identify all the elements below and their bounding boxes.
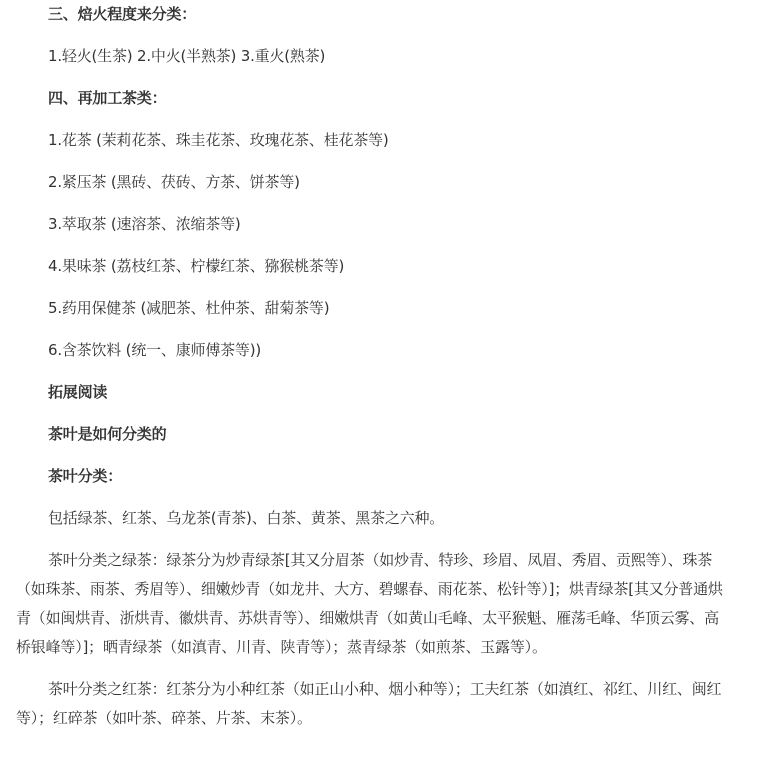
list-item: 4.果味茶 (荔枝红茶、柠檬红茶、猕猴桃茶等) — [16, 252, 728, 294]
green-tea-paragraph: 茶叶分类之绿茶：绿茶分为炒青绿茶[其又分眉茶（如炒青、特珍、珍眉、凤眉、秀眉、贡… — [16, 546, 728, 662]
heading-extended-reading: 拓展阅读 — [16, 378, 728, 420]
roast-items: 1.轻火(生茶) 2.中火(半熟茶) 3.重火(熟茶) — [16, 42, 728, 84]
intro-paragraph: 包括绿茶、红茶、乌龙茶(青茶)、白茶、黄茶、黑茶之六种。 — [16, 504, 728, 546]
black-tea-paragraph: 茶叶分类之红茶：红茶分为小种红茶（如正山小种、烟小种等）；工夫红茶（如滇红、祁红… — [16, 675, 728, 733]
article-body: 三、焙火程度来分类： 1.轻火(生茶) 2.中火(半熟茶) 3.重火(熟茶) 四… — [16, 0, 728, 746]
list-item: 3.萃取茶 (速溶茶、浓缩茶等) — [16, 210, 728, 252]
list-item: 2.紧压茶 (黑砖、茯砖、方茶、饼茶等) — [16, 168, 728, 210]
list-item: 5.药用保健茶 (减肥茶、杜仲茶、甜菊茶等) — [16, 294, 728, 336]
list-item: 6.含茶饮料 (统一、康师傅茶等)) — [16, 336, 728, 378]
heading-reprocessed-tea: 四、再加工茶类： — [16, 84, 728, 126]
heading-how-tea-classified: 茶叶是如何分类的 — [16, 420, 728, 462]
heading-tea-classification: 茶叶分类： — [16, 462, 728, 504]
list-item: 1.花茶 (茉莉花茶、珠圭花茶、玫瑰花茶、桂花茶等) — [16, 126, 728, 168]
heading-roast-classification: 三、焙火程度来分类： — [16, 0, 728, 42]
